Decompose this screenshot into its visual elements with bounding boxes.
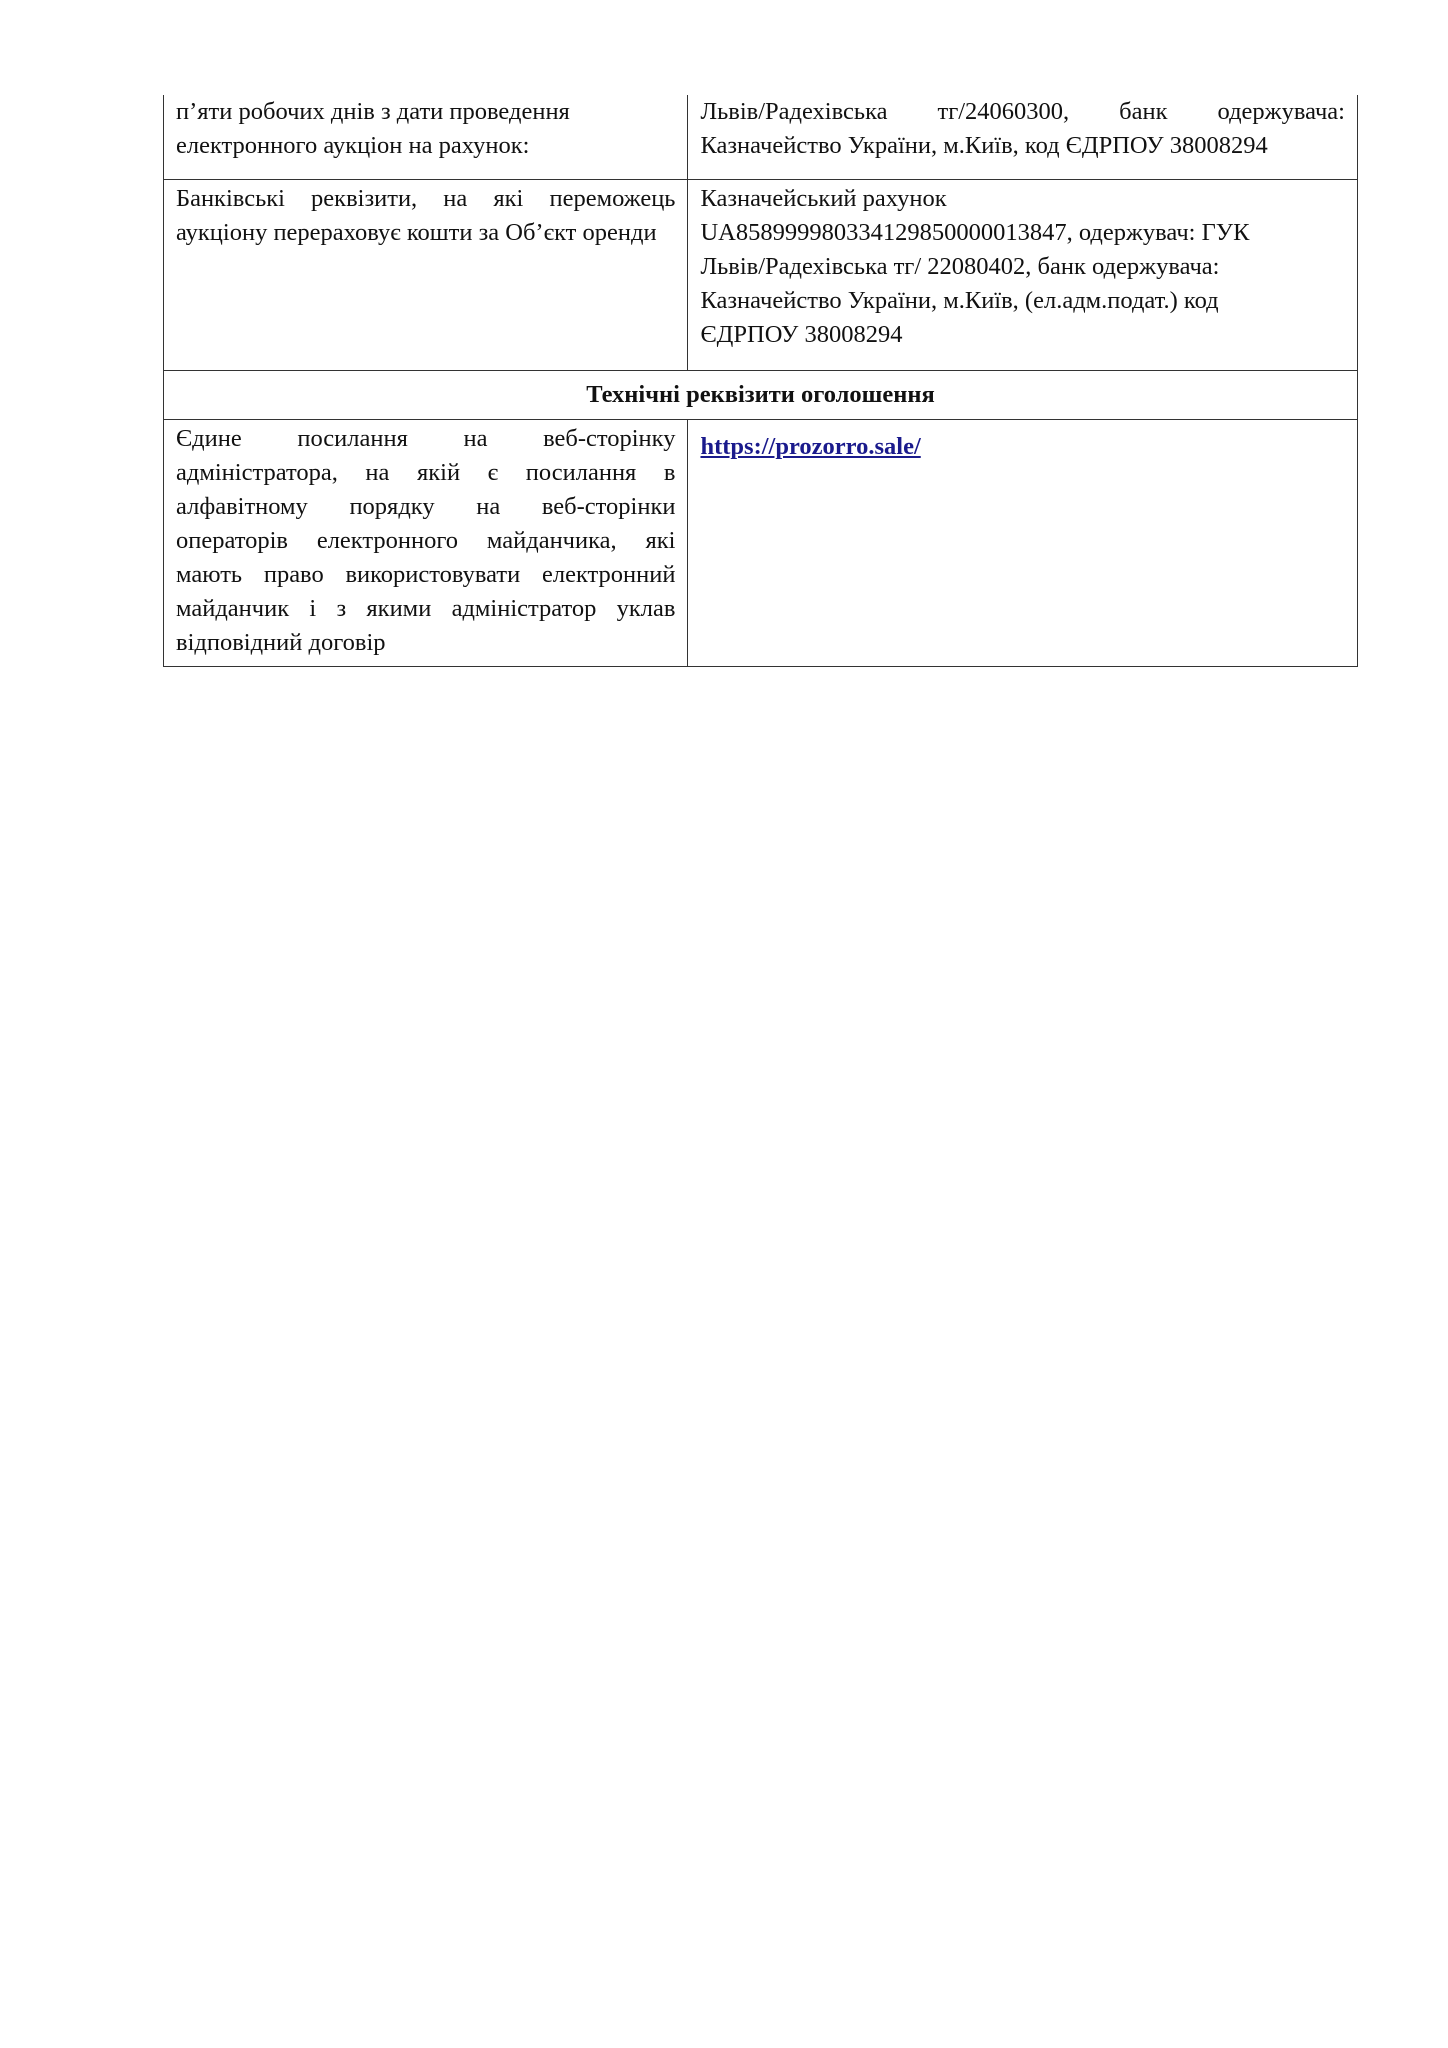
bank-line: UA858999980334129850000013847, одержувач… xyxy=(700,216,1345,250)
row-label-cell: Банківські реквізити, на які переможець … xyxy=(164,180,688,371)
prozorro-link[interactable]: https://prozorro.sale/ xyxy=(700,430,920,464)
document-page: п’яти робочих днів з дати проведення еле… xyxy=(0,0,1448,2048)
table-row: п’яти робочих днів з дати проведення еле… xyxy=(164,95,1358,180)
table-row: Єдине посилання на веб-сторінку адмініст… xyxy=(164,420,1358,667)
row-label-cell: Єдине посилання на веб-сторінку адмініст… xyxy=(164,420,688,667)
row-value-cell: Львів/Радехівська тг/24060300, банк одер… xyxy=(688,95,1358,180)
row-value-cell: https://prozorro.sale/ xyxy=(688,420,1358,667)
bank-line: Казначейство України, м.Київ, (ел.адм.по… xyxy=(700,284,1345,318)
table-row: Банківські реквізити, на які переможець … xyxy=(164,180,1358,371)
section-heading: Технічні реквізити оголошення xyxy=(164,371,1358,420)
bank-line: Казначейський рахунок xyxy=(700,182,1345,216)
bank-line: ЄДРПОУ 38008294 xyxy=(700,318,1345,352)
section-heading-row: Технічні реквізити оголошення xyxy=(164,371,1358,420)
bank-line: Львів/Радехівська тг/ 22080402, банк оде… xyxy=(700,250,1345,284)
row-label-cell: п’яти робочих днів з дати проведення еле… xyxy=(164,95,688,180)
auction-requisites-table: п’яти робочих днів з дати проведення еле… xyxy=(163,95,1358,667)
bank-requisites-cell: Казначейський рахунок UA8589999803341298… xyxy=(688,180,1358,371)
